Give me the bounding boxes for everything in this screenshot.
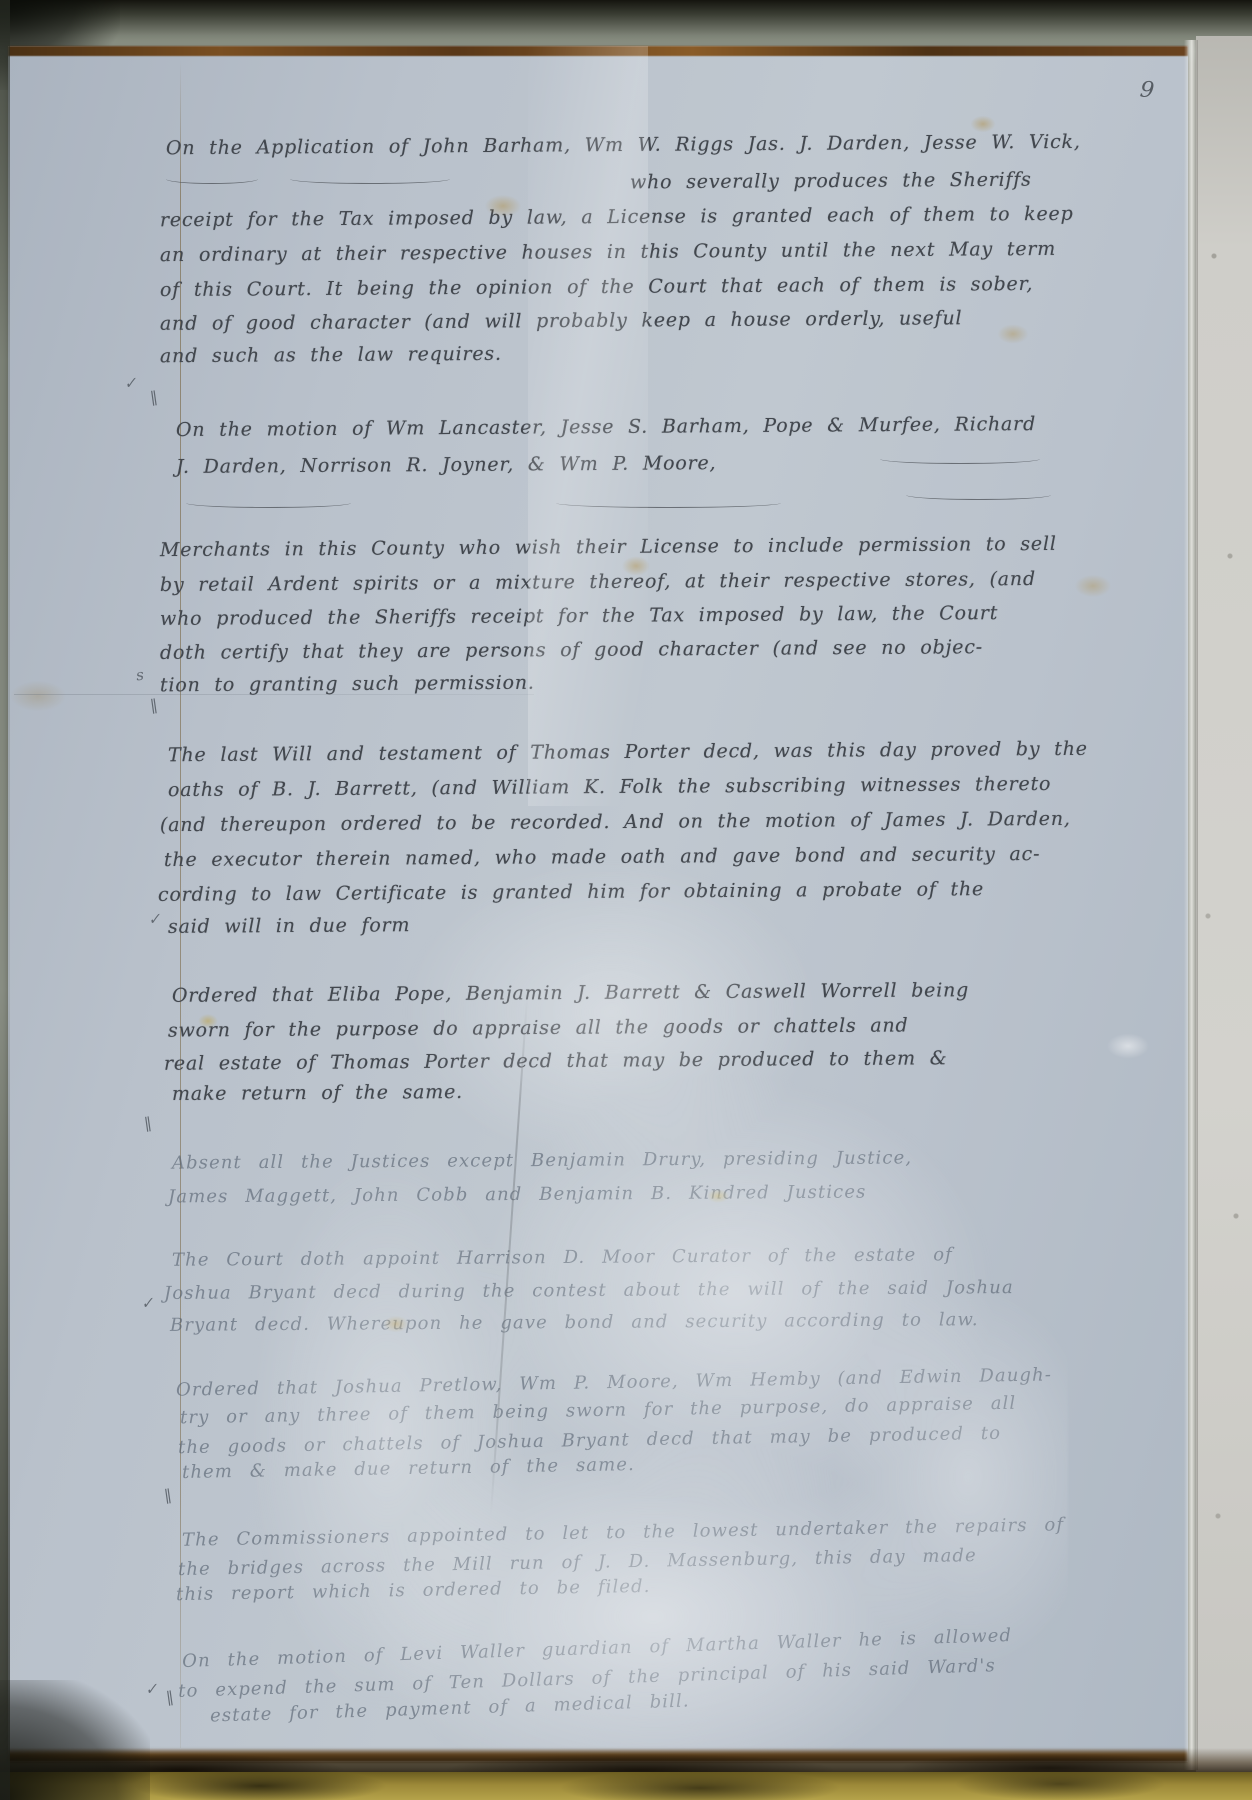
handwritten-line: doth certify that they are persons of go… <box>160 636 983 664</box>
handwritten-line: J. Darden, Norrison R. Joyner, & Wm P. M… <box>176 452 716 478</box>
underline-flourish <box>556 498 781 508</box>
handwritten-line: On the motion of Wm Lancaster, Jesse S. … <box>176 413 1036 441</box>
backing-board <box>1196 36 1252 1800</box>
dash-flourish <box>880 454 1040 464</box>
handwritten-line: oaths of B. J. Barrett, (and William K. … <box>168 773 1051 801</box>
handwritten-line: them & make due return of the same. <box>182 1454 635 1483</box>
handwritten-line: said will in due form <box>168 914 410 938</box>
handwritten-line: (and thereupon ordered to be recorded. A… <box>160 808 1071 836</box>
margin-tally-mark: ‖ <box>149 388 159 407</box>
margin-check-mark: ✓ <box>140 1293 155 1313</box>
handwritten-line: James Maggett, John Cobb and Benjamin B.… <box>168 1182 867 1208</box>
handwritten-line: of this Court. It being the opinion of t… <box>160 273 1033 301</box>
underline-flourish <box>166 174 258 184</box>
handwritten-line: who produced the Sheriffs receipt for th… <box>160 602 998 630</box>
horizontal-crease <box>14 694 534 695</box>
handwritten-line: an ordinary at their respective houses i… <box>160 238 1056 266</box>
handwritten-line: tion to granting such permission. <box>160 672 535 697</box>
handwritten-line: sworn for the purpose do appraise all th… <box>168 1014 909 1041</box>
underline-flourish <box>186 498 351 508</box>
handwritten-line: cording to law Certificate is granted hi… <box>158 878 984 906</box>
margin-letter-mark: s <box>135 666 145 685</box>
margin-tally-mark: ‖ <box>143 1114 153 1133</box>
wooden-table-edge <box>0 1772 1252 1800</box>
ledger-page: 9 On the Application of John Barham, Wm … <box>8 46 1188 1762</box>
handwritten-line: make return of the same. <box>172 1081 463 1105</box>
handwritten-line: The Court doth appoint Harrison D. Moor … <box>172 1244 953 1270</box>
handwritten-line: the executor therein named, who made oat… <box>164 843 1040 871</box>
underline-flourish <box>290 174 450 184</box>
margin-check-mark: ✓ <box>123 373 138 393</box>
margin-tally-mark: ‖ <box>149 696 159 715</box>
handwritten-line: Bryant decd. Whereupon he gave bond and … <box>170 1309 979 1336</box>
handwritten-line: by retail Ardent spirits or a mixture th… <box>160 568 1036 596</box>
margin-tally-mark: ‖ <box>163 1486 173 1505</box>
page-stack-edge <box>1184 40 1198 1770</box>
handwritten-line: this report which is ordered to be filed… <box>176 1576 651 1605</box>
photo-of-ledger-page: { "doc": { "page_number": "9", "entries"… <box>0 0 1252 1800</box>
handwritten-line: Merchants in this County who wish their … <box>160 533 1057 561</box>
handwritten-line: the bridges across the Mill run of J. D.… <box>178 1545 977 1580</box>
underline-flourish <box>906 490 1051 500</box>
handwritten-line: receipt for the Tax imposed by law, a Li… <box>160 203 1074 231</box>
handwritten-line: The last Will and testament of Thomas Po… <box>168 738 1088 766</box>
handwritten-line: Joshua Bryant decd during the contest ab… <box>164 1277 1014 1304</box>
handwritten-line: On the Application of John Barham, Wm W.… <box>166 131 1081 159</box>
handwritten-line: who severally produces the Sheriffs <box>630 169 1032 194</box>
handwritten-line: real estate of Thomas Porter decd that m… <box>164 1047 948 1074</box>
margin-tally-mark: ‖ <box>165 1688 175 1707</box>
page-bottom-shadow <box>0 1748 1252 1774</box>
photo-corner-shadow <box>0 1680 150 1800</box>
handwritten-line: and of good character (and will probably… <box>160 307 962 335</box>
photo-left-edge <box>0 0 10 1800</box>
margin-check-mark: ✓ <box>147 909 162 929</box>
handwritten-line: the goods or chattels of Joshua Bryant d… <box>178 1423 1001 1458</box>
handwritten-line: and such as the law requires. <box>160 343 502 367</box>
handwritten-line: Ordered that Eliba Pope, Benjamin J. Bar… <box>172 979 969 1007</box>
page-number: 9 <box>1139 77 1156 103</box>
burnt-top-edge <box>8 46 1188 56</box>
handwritten-line: Absent all the Justices except Benjamin … <box>172 1147 912 1173</box>
